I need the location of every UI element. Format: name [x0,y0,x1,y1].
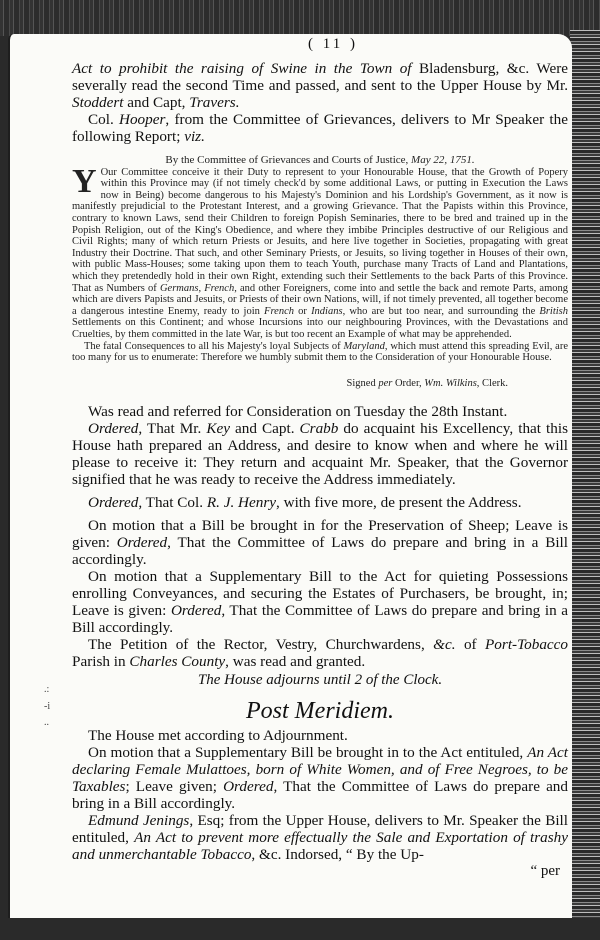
act-title: Act to prohibit the raising of Swine in … [72,60,412,77]
place-name: Charles County [129,653,225,670]
report-signature: Signed per Order, Wm. Wilkins, Clerk. [72,378,508,390]
proceeding-paragraph: Ordered, That Mr. Key and Capt. Crabb do… [72,420,568,488]
proceeding-paragraph: The Petition of the Rector, Vestry, Chur… [72,636,568,670]
text: Indians [311,306,343,317]
person-name: Crabb [300,420,339,437]
person-name: Hooper [119,111,165,128]
report-conclusion: The fatal Consequences to all his Majest… [72,341,568,364]
text: , was read and granted. [225,653,365,670]
text: Germans, French [160,283,234,294]
person-name: R. J. Henry [207,494,276,511]
adjournment-notice: The House adjourns until 2 of the Clock. [72,672,568,689]
afternoon-paragraph: The House met according to Adjournment. [72,727,568,744]
afternoon-paragraph: Edmund Jenings, Esq; from the Upper Hous… [72,812,568,863]
text: Our Committee conceive it their Duty to … [72,167,568,294]
drop-cap: Y [72,169,97,195]
text: , Clerk. [477,378,508,389]
margin-mark: .. [44,717,49,728]
person-name: Key [206,420,230,437]
scan-bottom-border [0,918,600,940]
margin-mark: .: [44,684,49,695]
text: Ordered [223,778,273,795]
text: per [378,378,392,389]
clerk-name: Wm. Wilkins [424,378,477,389]
text: The fatal Consequences to all his Majest… [84,341,343,352]
report-heading: By the Committee of Grievances and Court… [72,155,568,167]
text: British [539,306,568,317]
catchword: “ per [72,863,568,880]
text: Order, [392,378,424,389]
text: , who are but too near, and surrounding … [343,306,540,317]
text: The Petition of the Rector, Vestry, Chur… [88,636,433,653]
text: , &c. Indorsed, “ By the Up- [251,846,424,863]
text: or [294,306,311,317]
text: , That Mr. [138,420,206,437]
person-name: Edmund Jenings [88,812,189,829]
text: , That Col. [138,494,207,511]
text: &c. [433,636,455,653]
text: ; Leave given; [125,778,223,795]
text: of [456,636,486,653]
proceeding-paragraph: On motion that a Bill be brought in for … [72,517,568,568]
text: Ordered [88,420,138,437]
text: viz. [184,128,205,145]
proceeding-paragraph: Was read and referred for Consideration … [72,403,568,420]
text: Ordered [117,534,167,551]
person-name: Stoddert [72,94,123,111]
section-title: Post Meridiem. [72,697,568,725]
place-name: Maryland [343,341,384,352]
committee-paragraph: Col. Hooper, from the Committee of Griev… [72,111,568,145]
text: Ordered [171,602,221,619]
text: and Capt, [123,94,189,111]
committee-report: By the Committee of Grievances and Court… [72,155,568,389]
text: , with five more, de present the Address… [276,494,521,511]
text: Settlements on this Continent; and whose… [72,317,568,340]
text: Parish in [72,653,129,670]
text: On motion that a Supplementary Bill be b… [88,744,527,761]
text: Ordered [88,494,138,511]
scan-top-border [0,0,600,36]
text: Signed [347,378,379,389]
report-date: May 22, 1751. [411,154,475,166]
scan-right-border [570,30,600,940]
text: French [264,306,294,317]
text: By the Committee of Grievances and Court… [165,154,411,166]
afternoon-paragraph: On motion that a Supplementary Bill be b… [72,744,568,812]
margin-mark: -i [44,701,50,712]
report-body: YOur Committee conceive it their Duty to… [72,167,568,341]
proceeding-paragraph: On motion that a Supplementary Bill to t… [72,568,568,636]
place-name: Port-Tobacco [485,636,568,653]
proceeding-paragraph: Ordered, That Col. R. J. Henry, with fiv… [72,494,568,511]
page-content: Act to prohibit the raising of Swine in … [72,60,568,880]
page-number: ( 11 ) [308,36,358,53]
opening-paragraph: Act to prohibit the raising of Swine in … [72,60,568,111]
text: and Capt. [230,420,300,437]
person-name: Travers. [189,94,239,111]
text: Col. [88,111,119,128]
